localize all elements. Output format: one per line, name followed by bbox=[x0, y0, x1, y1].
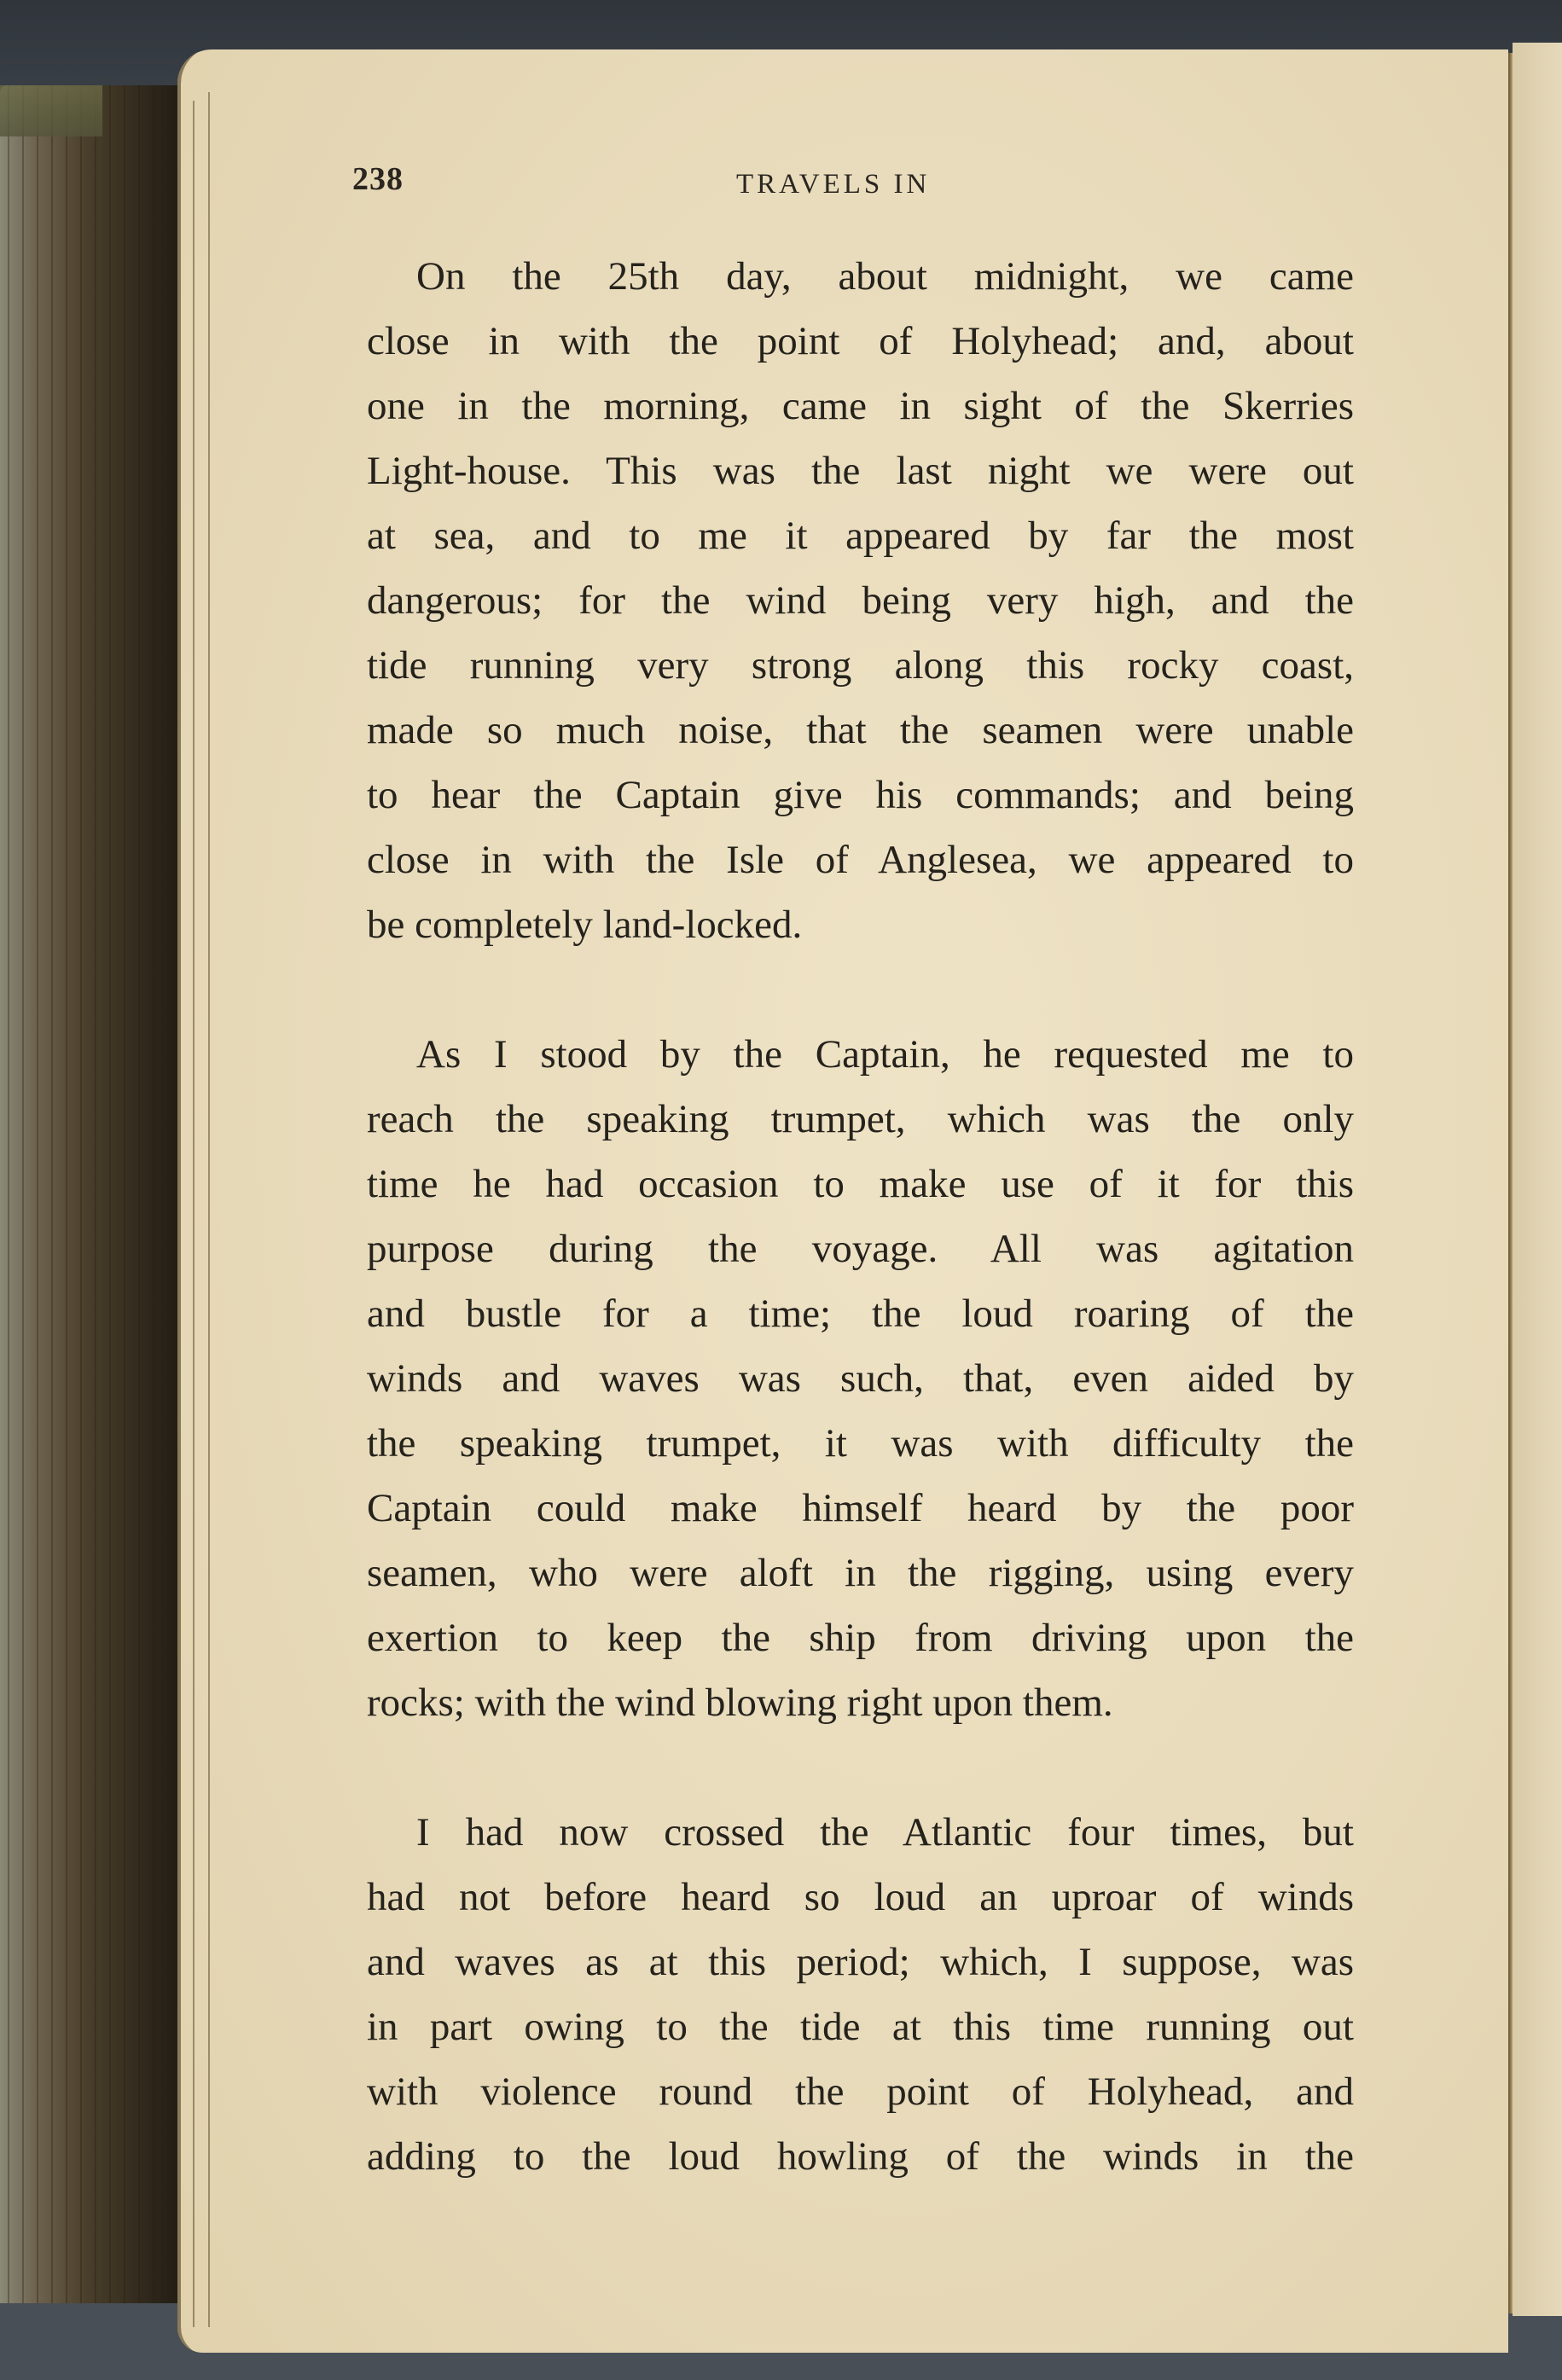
paragraph: On the 25th day, about midnight, we came… bbox=[367, 244, 1354, 957]
text-line: tide running very strong along this rock… bbox=[367, 633, 1354, 698]
text-line: winds and waves was such, that, even aid… bbox=[367, 1346, 1354, 1411]
book-page: 238 TRAVELS IN On the 25th day, about mi… bbox=[177, 49, 1508, 2353]
page-edge-line bbox=[208, 92, 210, 2327]
text-line: close in with the Isle of Anglesea, we a… bbox=[367, 827, 1354, 892]
text-line: the speaking trumpet, it was with diffic… bbox=[367, 1411, 1354, 1476]
text-line: made so much noise, that the seamen were… bbox=[367, 698, 1354, 763]
text-line: As I stood by the Captain, he requested … bbox=[367, 1022, 1354, 1087]
text-line: had not before heard so loud an uproar o… bbox=[367, 1865, 1354, 1930]
paragraph: I had now crossed the Atlantic four time… bbox=[367, 1800, 1354, 2189]
text-line: purpose during the voyage. All was agita… bbox=[367, 1216, 1354, 1281]
text-line: adding to the loud howling of the winds … bbox=[367, 2124, 1354, 2189]
text-line: close in with the point of Holyhead; and… bbox=[367, 309, 1354, 374]
text-line: Light-house. This was the last night we … bbox=[367, 438, 1354, 503]
facing-page-sliver bbox=[1513, 43, 1562, 2316]
running-head: TRAVELS IN bbox=[736, 169, 930, 200]
body-text: On the 25th day, about midnight, we came… bbox=[367, 244, 1354, 2189]
text-line: and bustle for a time; the loud roaring … bbox=[367, 1281, 1354, 1346]
text-line: at sea, and to me it appeared by far the… bbox=[367, 503, 1354, 568]
text-line: and waves as at this period; which, I su… bbox=[367, 1930, 1354, 1994]
text-line: with violence round the point of Holyhea… bbox=[367, 2059, 1354, 2124]
text-line: in part owing to the tide at this time r… bbox=[367, 1994, 1354, 2059]
text-line: rocks; with the wind blowing right upon … bbox=[367, 1670, 1354, 1735]
book-cover-edge bbox=[0, 85, 102, 136]
text-line: exertion to keep the ship from driving u… bbox=[367, 1605, 1354, 1670]
page-edge-line bbox=[193, 101, 195, 2327]
page-number: 238 bbox=[352, 160, 404, 198]
text-line: On the 25th day, about midnight, we came bbox=[367, 244, 1354, 309]
book-fore-edge bbox=[0, 85, 192, 2303]
text-line: dangerous; for the wind being very high,… bbox=[367, 568, 1354, 633]
text-line: Captain could make himself heard by the … bbox=[367, 1476, 1354, 1541]
paragraph: As I stood by the Captain, he requested … bbox=[367, 1022, 1354, 1735]
paragraph-gap bbox=[367, 1735, 1354, 1800]
text-line: seamen, who were aloft in the rigging, u… bbox=[367, 1541, 1354, 1605]
text-line: reach the speaking trumpet, which was th… bbox=[367, 1087, 1354, 1152]
paragraph-gap bbox=[367, 957, 1354, 1022]
text-line: I had now crossed the Atlantic four time… bbox=[367, 1800, 1354, 1865]
text-line: time he had occasion to make use of it f… bbox=[367, 1152, 1354, 1216]
text-line: to hear the Captain give his commands; a… bbox=[367, 763, 1354, 827]
text-line: be completely land-locked. bbox=[367, 892, 1354, 957]
text-line: one in the morning, came in sight of the… bbox=[367, 374, 1354, 438]
